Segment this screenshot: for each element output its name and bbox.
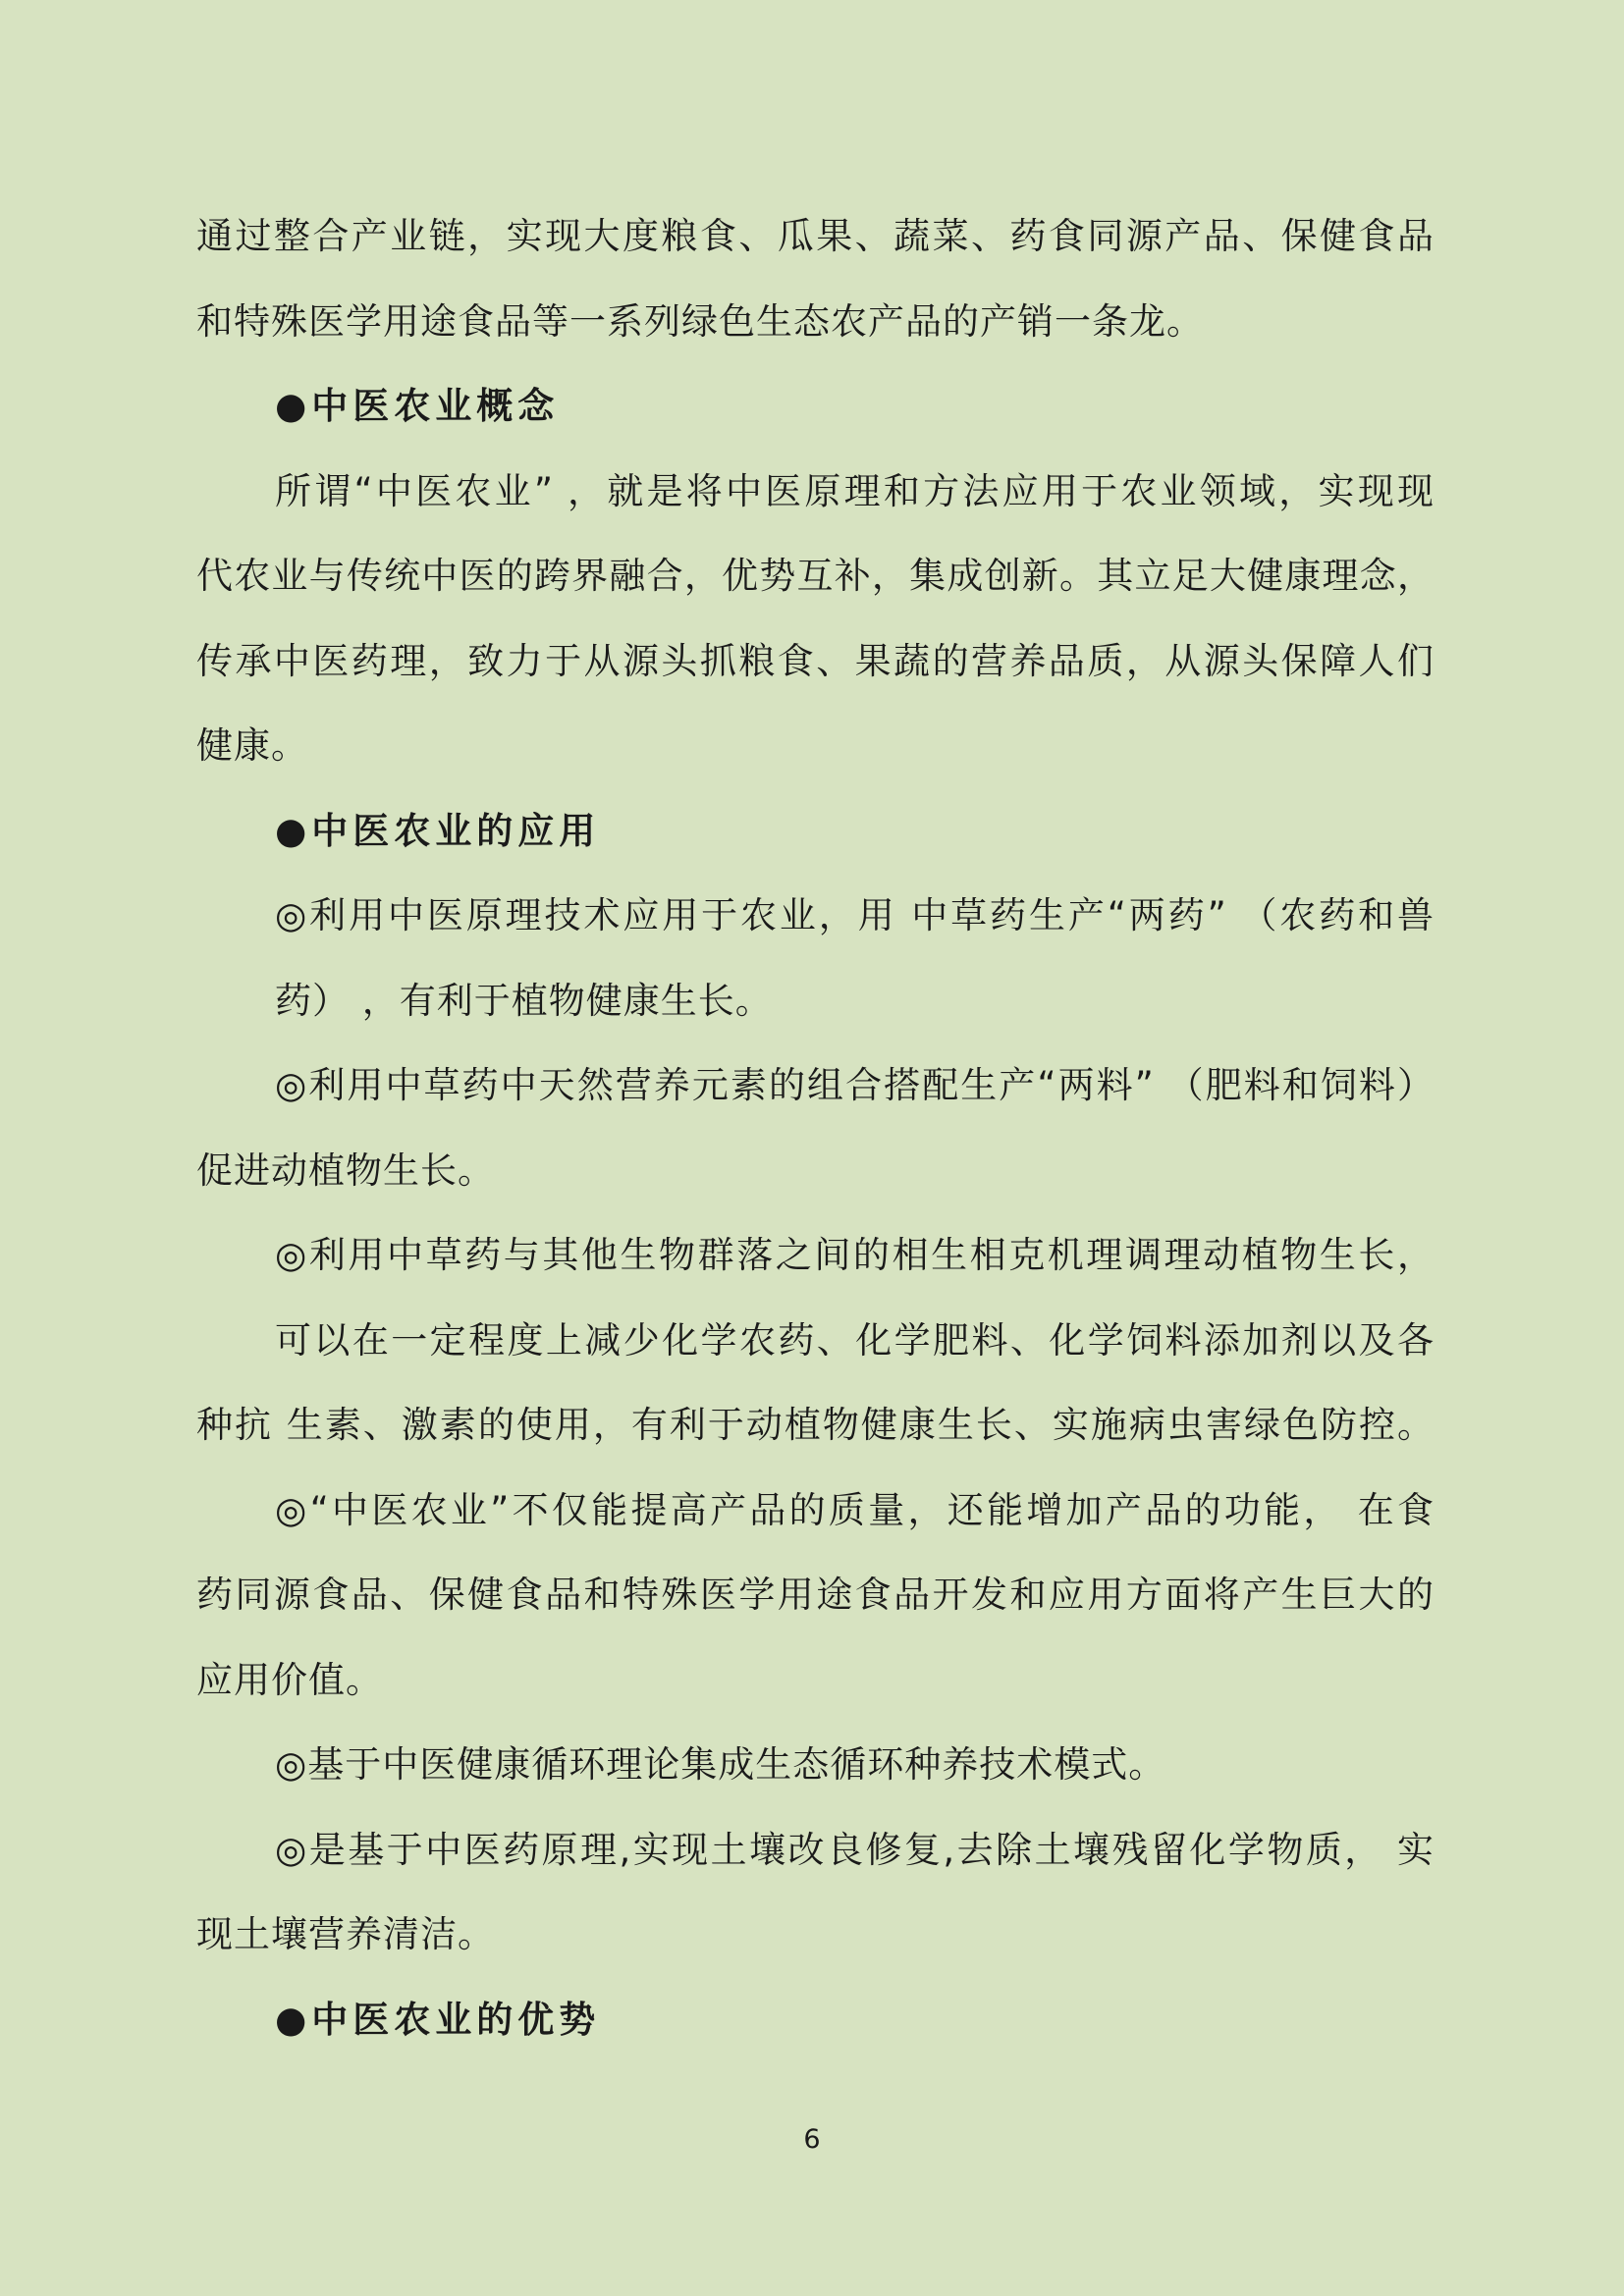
document-body: 通过整合产业链，实现大度粮食、瓜果、蔬菜、药食同源产品、保健食品 和特殊医学用途… [196,194,1434,2062]
section-heading: ●中医农业的优势 [196,1978,1434,2063]
paragraph-line: 和特殊医学用途食品等一系列绿色生态农产品的产销一条龙。 [196,280,1434,365]
paragraph-line: 所谓“中医农业” ，就是将中医原理和方法应用于农业领域，实现现 [196,450,1434,535]
bullet-item-line: ◎利用中草药与其他生物群落之间的相生相克机理调理动植物生长， [196,1213,1434,1299]
bullet-item-line: ◎“中医农业”不仅能提高产品的质量，还能增加产品的功能， 在食 [196,1468,1434,1554]
bullet-item-line: 药同源食品、保健食品和特殊医学用途食品开发和应用方面将产生巨大的 [196,1553,1434,1638]
bullet-item-line: 应用价值。 [196,1638,1434,1724]
paragraph-line: 代农业与传统中医的跨界融合，优势互补，集成创新。其立足大健康理念， [196,534,1434,619]
section-heading: ●中医农业概念 [196,364,1434,450]
page-number: 6 [0,2120,1624,2160]
bullet-item-line: ◎利用中草药中天然营养元素的组合搭配生产“两料” （肥料和饲料） [196,1043,1434,1129]
bullet-item-line: ◎利用中医原理技术应用于农业，用 中草药生产“两药” （农药和兽 [196,874,1434,959]
paragraph-line: 传承中医药理，致力于从源头抓粮食、果蔬的营养品质，从源头保障人们 [196,619,1434,705]
bullet-item-line: 药） ，有利于植物健康生长。 [196,959,1434,1044]
paragraph-line: 通过整合产业链，实现大度粮食、瓜果、蔬菜、药食同源产品、保健食品 [196,194,1434,280]
bullet-item-line: 促进动植物生长。 [196,1129,1434,1214]
section-heading: ●中医农业的应用 [196,789,1434,875]
document-page: 通过整合产业链，实现大度粮食、瓜果、蔬菜、药食同源产品、保健食品 和特殊医学用途… [0,0,1624,2296]
bullet-item-line: 可以在一定程度上减少化学农药、化学肥料、化学饲料添加剂以及各 [196,1299,1434,1384]
paragraph-line: 健康。 [196,704,1434,789]
bullet-item-line: 现土壤营养清洁。 [196,1893,1434,1978]
bullet-item-line: 种抗 生素、激素的使用，有利于动植物健康生长、实施病虫害绿色防控。 [196,1383,1434,1468]
bullet-item-line: ◎基于中医健康循环理论集成生态循环种养技术模式。 [196,1723,1434,1808]
bullet-item-line: ◎是基于中医药原理,实现土壤改良修复,去除土壤残留化学物质， 实 [196,1808,1434,1894]
